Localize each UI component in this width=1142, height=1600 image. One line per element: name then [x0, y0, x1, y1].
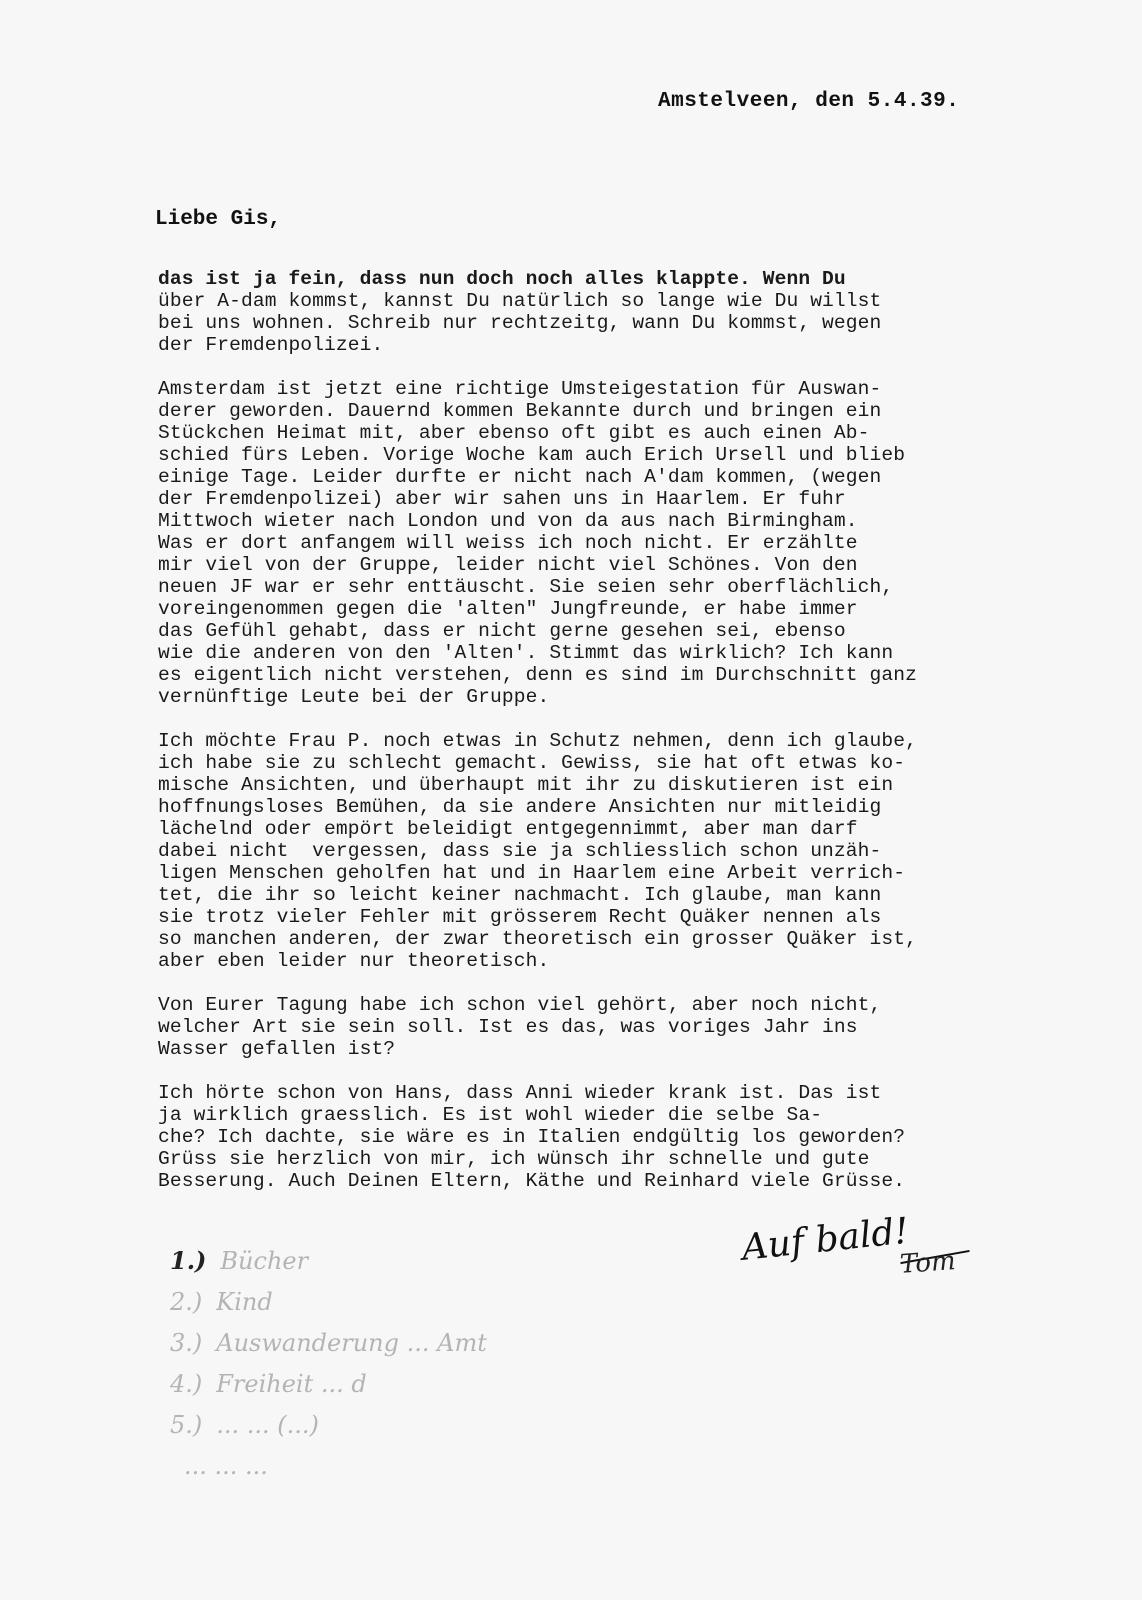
text-line: mische Ansichten, und überhaupt mit ihr …	[158, 774, 1038, 796]
text-line: einige Tage. Leider durfte er nicht nach…	[158, 466, 1038, 488]
text-line: vernünftige Leute bei der Gruppe.	[158, 686, 1038, 708]
letter-page: Amstelveen, den 5.4.39. Liebe Gis, das i…	[0, 0, 1142, 1600]
text-line: tet, die ihr so leicht keiner nachmacht.…	[158, 884, 1038, 906]
note-text: Kind	[216, 1288, 272, 1316]
text-line: welcher Art sie sein soll. Ist es das, w…	[158, 1016, 1038, 1038]
note-text: Auswanderung ... Amt	[216, 1329, 487, 1357]
handwritten-notes-list: 1.)Bücher2.)Kind3.)Auswanderung ... Amt4…	[170, 1240, 487, 1487]
letter-body: das ist ja fein, dass nun doch noch alle…	[158, 268, 1038, 1214]
text-line: sie trotz vieler Fehler mit grösserem Re…	[158, 906, 1038, 928]
handwritten-note-item: ... ... ...	[170, 1446, 487, 1487]
text-line: Grüss sie herzlich von mir, ich wünsch i…	[158, 1148, 1038, 1170]
text-line: ligen Menschen geholfen hat und in Haarl…	[158, 862, 1038, 884]
text-line: schied fürs Leben. Vorige Woche kam auch…	[158, 444, 1038, 466]
handwritten-note-item: 1.)Bücher	[170, 1240, 487, 1282]
text-line: che? Ich dachte, sie wäre es in Italien …	[158, 1126, 1038, 1148]
paragraph: Ich möchte Frau P. noch etwas in Schutz …	[158, 730, 1038, 972]
text-line: derer geworden. Dauernd kommen Bekannte …	[158, 400, 1038, 422]
text-line: das Gefühl gehabt, dass er nicht gerne g…	[158, 620, 1038, 642]
text-line: aber eben leider nur theoretisch.	[158, 950, 1038, 972]
text-line: wie die anderen von den 'Alten'. Stimmt …	[158, 642, 1038, 664]
text-line: Stückchen Heimat mit, aber ebenso oft gi…	[158, 422, 1038, 444]
note-number: 2.)	[170, 1288, 202, 1316]
text-line: Wasser gefallen ist?	[158, 1038, 1038, 1060]
text-line: das ist ja fein, dass nun doch noch alle…	[158, 268, 1038, 290]
text-line: neuen JF war er sehr enttäuscht. Sie sei…	[158, 576, 1038, 598]
text-line: der Fremdenpolizei) aber wir sahen uns i…	[158, 488, 1038, 510]
handwritten-note-item: 4.)Freiheit ... d	[170, 1364, 487, 1405]
text-line: so manchen anderen, der zwar theoretisch…	[158, 928, 1038, 950]
text-line: Ich hörte schon von Hans, dass Anni wied…	[158, 1082, 1038, 1104]
paragraph: Amsterdam ist jetzt eine richtige Umstei…	[158, 378, 1038, 708]
note-text: ... ... (...)	[216, 1411, 319, 1439]
handwritten-note-item: 3.)Auswanderung ... Amt	[170, 1323, 487, 1364]
text-line: es eigentlich nicht verstehen, denn es s…	[158, 664, 1038, 686]
salutation: Liebe Gis,	[155, 208, 281, 231]
note-text: Freiheit ... d	[216, 1370, 367, 1398]
text-line: Was er dort anfangem will weiss ich noch…	[158, 532, 1038, 554]
note-number: 1.)	[170, 1246, 206, 1275]
paragraph: Ich hörte schon von Hans, dass Anni wied…	[158, 1082, 1038, 1192]
text-line: bei uns wohnen. Schreib nur rechtzeitg, …	[158, 312, 1038, 334]
note-text: Bücher	[220, 1247, 308, 1275]
text-line: Von Eurer Tagung habe ich schon viel geh…	[158, 994, 1038, 1016]
text-line: Amsterdam ist jetzt eine richtige Umstei…	[158, 378, 1038, 400]
text-line: hoffnungsloses Bemühen, da sie andere An…	[158, 796, 1038, 818]
text-line: Ich möchte Frau P. noch etwas in Schutz …	[158, 730, 1038, 752]
handwritten-note-item: 2.)Kind	[170, 1282, 487, 1323]
note-text: ... ... ...	[184, 1452, 268, 1480]
text-line: lächelnd oder empört beleidigt entgegenn…	[158, 818, 1038, 840]
text-line: ich habe sie zu schlecht gemacht. Gewiss…	[158, 752, 1038, 774]
dateline: Amstelveen, den 5.4.39.	[658, 90, 959, 113]
text-line: ja wirklich graesslich. Es ist wohl wied…	[158, 1104, 1038, 1126]
paragraph: das ist ja fein, dass nun doch noch alle…	[158, 268, 1038, 356]
text-line: voreingenommen gegen die 'alten" Jungfre…	[158, 598, 1038, 620]
text-line: der Fremdenpolizei.	[158, 334, 1038, 356]
text-line: dabei nicht vergessen, dass sie ja schli…	[158, 840, 1038, 862]
note-number: 3.)	[170, 1329, 202, 1357]
text-line: Besserung. Auch Deinen Eltern, Käthe und…	[158, 1170, 1038, 1192]
note-number: 4.)	[170, 1370, 202, 1398]
closing-handwritten: Auf bald!	[740, 1211, 911, 1269]
signature: Tom	[899, 1246, 957, 1280]
text-line: mir viel von der Gruppe, leider nicht vi…	[158, 554, 1038, 576]
text-line: Mittwoch wieter nach London und von da a…	[158, 510, 1038, 532]
text-line: über A-dam kommst, kannst Du natürlich s…	[158, 290, 1038, 312]
paragraph: Von Eurer Tagung habe ich schon viel geh…	[158, 994, 1038, 1060]
note-number: 5.)	[170, 1411, 202, 1439]
handwritten-note-item: 5.)... ... (...)	[170, 1405, 487, 1446]
